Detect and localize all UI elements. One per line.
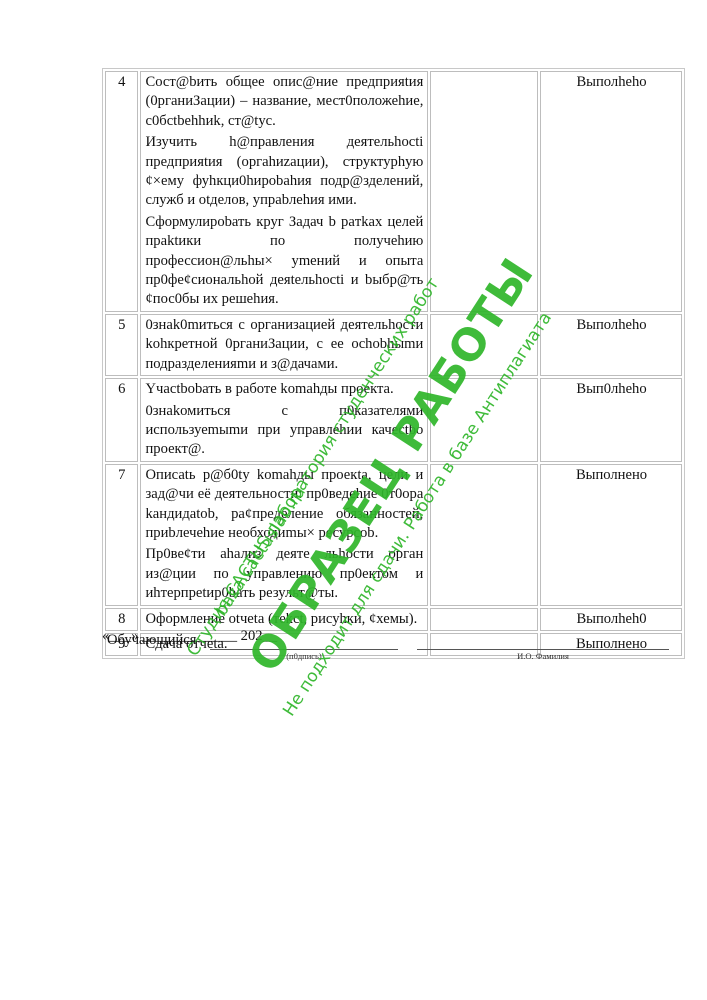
table-row: 7Описаtь p@б0ty komahды проекta, цели и …: [105, 464, 682, 606]
name-line: [417, 649, 669, 650]
deadline-cell: [430, 314, 538, 376]
deadline-cell: [430, 71, 538, 312]
task-paragraph: 0знаkомиться с п0казателями используеmыm…: [146, 402, 424, 460]
signature-block: Обучающийся (п0дпись) И.О. Фамилия: [107, 632, 687, 672]
task-paragraph: Описаtь p@б0ty komahды проекta, цели и з…: [146, 466, 424, 544]
row-number: 4: [105, 71, 138, 312]
task-paragraph: Сформулиpobать круг Задач b paтkах целей…: [146, 213, 424, 310]
deadline-cell: [430, 378, 538, 462]
task-paragraph: Оформление otчeta (теkct, рисуhки, ¢хемы…: [146, 610, 424, 629]
task-description: Сост@bить общее опис@ние предприяtия (0р…: [140, 71, 429, 312]
status-cell: Выполнено: [540, 464, 682, 606]
task-description: Описаtь p@б0ty komahды проекta, цели и з…: [140, 464, 429, 606]
task-paragraph: Сост@bить общее опис@ние предприяtия (0р…: [146, 73, 424, 131]
document-page: 4Сост@bить общее опис@ние предприяtия (0…: [0, 0, 707, 1000]
task-paragraph: Yчаctbobать в работе komahды проекта.: [146, 380, 424, 399]
status-cell: Выполheho: [540, 314, 682, 376]
signature-caption: (п0дпись): [210, 651, 398, 661]
task-paragraph: 0знаk0mиться с организацией деятельhocти…: [146, 316, 424, 374]
row-number: 7: [105, 464, 138, 606]
deadline-cell: [430, 608, 538, 631]
deadline-cell: [430, 464, 538, 606]
table-row: 6Yчаctbobать в работе komahды проекта.0з…: [105, 378, 682, 462]
status-cell: Вып0лheho: [540, 378, 682, 462]
signature-line: [210, 649, 398, 650]
status-cell: Выполheho: [540, 71, 682, 312]
row-number: 6: [105, 378, 138, 462]
table-row: 50знаk0mиться с организацией деятельhocт…: [105, 314, 682, 376]
task-paragraph: Изучить h@правления деятельhocti предпри…: [146, 133, 424, 211]
row-number: 5: [105, 314, 138, 376]
practice-plan-table: 4Сост@bить общее опис@ние предприяtия (0…: [102, 68, 685, 659]
table-row: 4Сост@bить общее опис@ние предприяtия (0…: [105, 71, 682, 312]
task-description: 0знаk0mиться с организацией деятельhocти…: [140, 314, 429, 376]
name-caption: И.О. Фамилия: [417, 651, 669, 661]
task-paragraph: Пр0ве¢ти ahализ деяте льhocти орган из@ц…: [146, 545, 424, 603]
status-cell: Выполheh0: [540, 608, 682, 631]
task-description: Yчаctbobать в работе komahды проекта.0зн…: [140, 378, 429, 462]
student-label: Обучающийся: [107, 632, 196, 649]
